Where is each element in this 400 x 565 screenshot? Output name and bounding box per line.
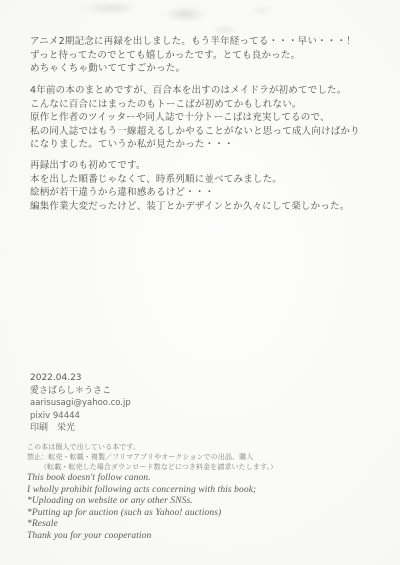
text-line: 禁止：転売・転載・複製／フリマアプリやオークションでの出品、購入	[27, 453, 277, 463]
text-line: めちゃくちゃ動いててすごかった。	[30, 62, 356, 76]
text-line: 4年前の本のまとめですが、百合本を出すのはメイドラが初めてでした。	[30, 84, 360, 98]
credits-block: 2022.04.23 愛さばらし＊うさこ aarisusagi@yahoo.co…	[30, 372, 131, 435]
text-line: この本は個人で出している本です。	[27, 443, 277, 453]
author-name: 愛さばらし＊うさこ	[30, 385, 131, 398]
text-line: こんなに百合にはまったのもトーこばが初めてかもしれない。	[30, 98, 360, 112]
text-line: 絵柄が若干違うから違和感あるけど・・・	[30, 186, 349, 200]
afterword-paragraph-3: 再録出すのも初めてです。 本を出した順番じゃなくて、時系列順に並べてみました。 …	[30, 159, 349, 213]
text-line: アニメ2期記念に再録を出しました。もう半年経ってる・・・早い・・・！	[30, 35, 356, 49]
disclaimer-english: This book doesn't follow canon. I wholly…	[27, 473, 256, 543]
text-line: This book doesn't follow canon.	[27, 473, 256, 485]
afterword-paragraph-1: アニメ2期記念に再録を出しました。もう半年経ってる・・・早い・・・！ ずっと待っ…	[30, 35, 356, 76]
text-line: 再録出すのも初めてです。	[30, 159, 349, 173]
disclaimer-japanese: この本は個人で出している本です。 禁止：転売・転載・複製／フリマアプリやオークシ…	[27, 443, 277, 472]
printer-credit: 印刷 栄光	[30, 422, 131, 435]
text-line: 編集作業大変だったけど、装丁とかデザインとか久々にして楽しかった。	[30, 200, 349, 214]
pixiv-id: pixiv 94444	[30, 410, 131, 423]
text-line: 本を出した順番じゃなくて、時系列順に並べてみました。	[30, 173, 349, 187]
text-line: I wholly prohibit following acts concern…	[27, 485, 256, 497]
text-line: *Resale	[27, 519, 256, 531]
text-line: Thank you for your cooperation	[27, 531, 256, 543]
publication-date: 2022.04.23	[30, 372, 131, 385]
text-line: *Putting up for auction (such as Yahoo! …	[27, 508, 256, 520]
afterword-paragraph-2: 4年前の本のまとめですが、百合本を出すのはメイドラが初めてでした。 こんなに百合…	[30, 84, 360, 152]
text-line: 原作と作者のツイッターや同人誌で十分トーこばは充実してるので、	[30, 111, 360, 125]
afterword-page: アニメ2期記念に再録を出しました。もう半年経ってる・・・早い・・・！ ずっと待っ…	[0, 0, 400, 565]
author-email: aarisusagi@yahoo.co.jp	[30, 397, 131, 410]
text-line: （転載・転売した場合ダウンロード数などにつき料金を請求いたします。）	[27, 463, 277, 473]
text-line: 私の同人誌ではもう一線超えるしかやることがないと思って成人向けばかり	[30, 125, 360, 139]
text-line: ずっと待ってたのでとても嬉しかったです。とても良かった。	[30, 49, 356, 63]
text-line: *Uploading on website or any other SNSs.	[27, 496, 256, 508]
text-line: になりました。ていうか私が見たかった・・・	[30, 138, 360, 152]
